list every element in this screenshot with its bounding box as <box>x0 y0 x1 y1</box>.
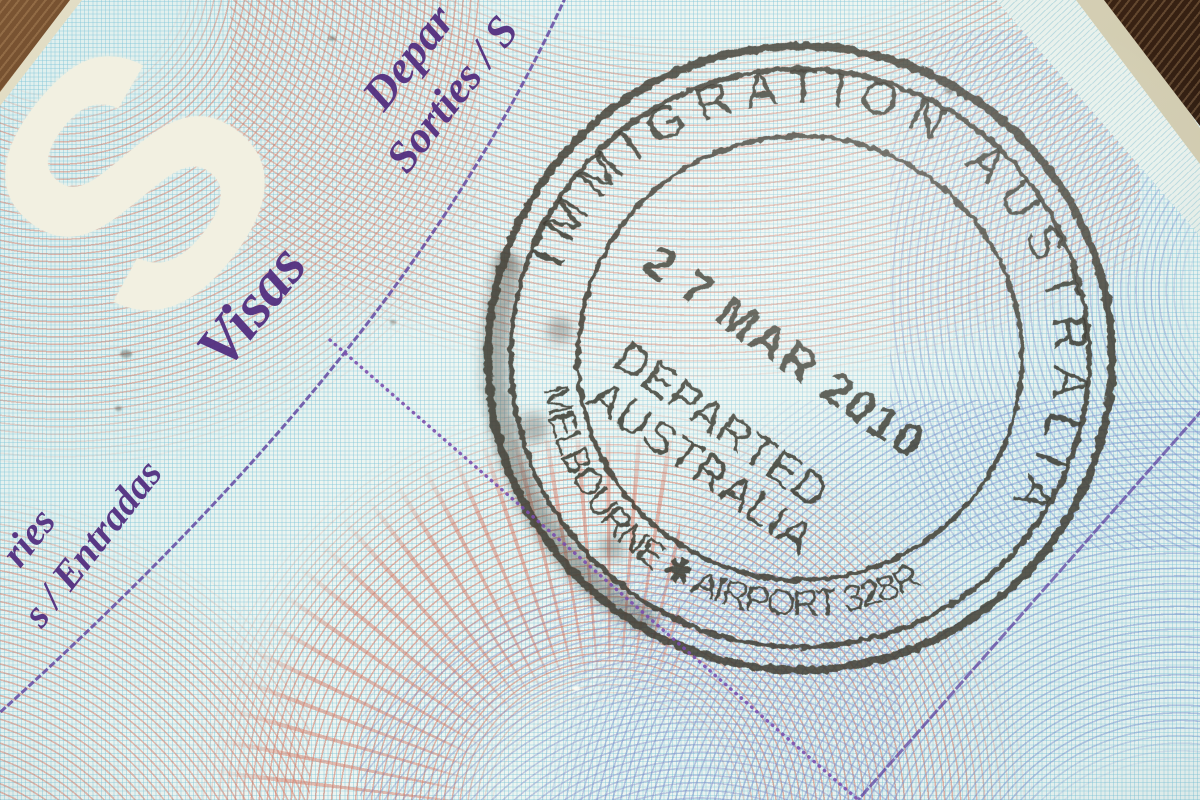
vignette-overlay <box>0 0 1200 800</box>
photo-passport-page: S Visas Depar Sorties / S ries s / Entra… <box>0 0 1200 800</box>
